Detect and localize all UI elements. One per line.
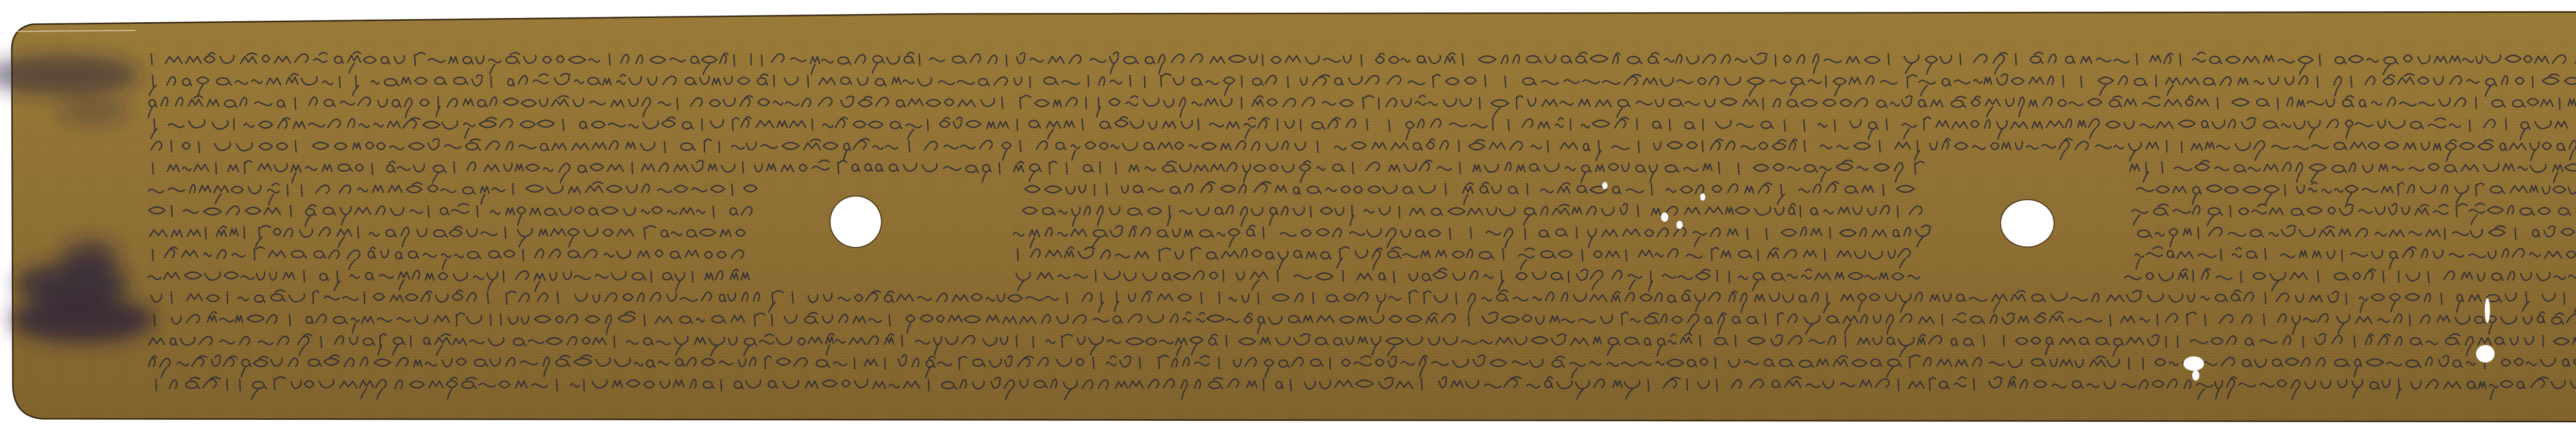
palm-leaf <box>0 12 2576 422</box>
manuscript-scan <box>0 0 2576 443</box>
insect-damage-hole <box>1676 221 1683 229</box>
insect-damage-hole <box>2183 356 2204 371</box>
insect-damage-hole <box>2485 298 2490 323</box>
insect-damage-hole <box>1700 193 1705 201</box>
insect-damage-hole <box>2192 370 2199 381</box>
insect-damage-hole <box>2476 345 2495 363</box>
binding-hole <box>2001 200 2054 247</box>
insect-damage-hole <box>1602 182 1607 189</box>
binding-hole <box>830 196 882 248</box>
insect-damage-hole <box>1661 212 1668 222</box>
